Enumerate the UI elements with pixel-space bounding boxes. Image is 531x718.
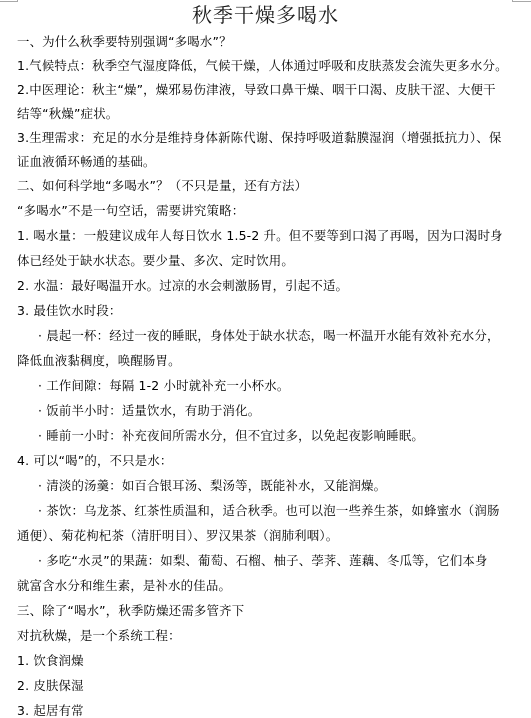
bullet-item: · 多吃“水灵”的果蔬：如梨、葡萄、石榴、柚子、荸荠、莲藕、冬瓜等，它们本身: [38, 553, 488, 569]
bullet-item: · 睡前一小时：补充夜间所需水分，但不宜过多，以免起夜影响睡眠。: [38, 428, 424, 444]
bullet-item: · 茶饮：乌龙茶、红茶性质温和，适合秋季。也可以泡一些养生茶，如蜂蜜水（润肠: [38, 503, 500, 519]
document-title: 秋季干燥多喝水: [0, 2, 531, 28]
paragraph-line: 结等“秋燥”症状。: [17, 106, 118, 122]
list-item: 2. 皮肤保湿: [17, 678, 84, 694]
list-item: 4. 可以“喝”的，不只是水：: [17, 453, 173, 469]
section-heading-3: 三、除了“喝水”，秋季防燥还需多管齐下: [17, 603, 244, 619]
paragraph-line: 通便）、菊花枸杞茶（清肝明目）、罗汉果茶（润肺利咽）。: [17, 528, 338, 544]
paragraph-line: 对抗秋燥，是一个系统工程：: [17, 628, 181, 644]
section-heading-2: 二、如何科学地“多喝水”？（不只是量，还有方法）: [17, 178, 307, 194]
list-item: 1. 饮食润燥: [17, 653, 84, 669]
bullet-item: · 晨起一杯：经过一夜的睡眠，身体处于缺水状态，喝一杯温开水能有效补充水分，: [38, 328, 500, 344]
section-heading-1: 一、为什么秋季要特别强调“多喝水”？: [17, 34, 232, 50]
bullet-item: · 清淡的汤羹：如百合银耳汤、梨汤等，既能补水，又能润燥。: [38, 478, 386, 494]
list-item: 1. 喝水量：一般建议成年人每日饮水 1.5-2 升。但不要等到口渴了再喝，因为…: [17, 228, 503, 244]
paragraph-line: 3.生理需求：充足的水分是维持身体新陈代谢、保持呼吸道黏膜湿润（增强抵抗力）、保: [17, 130, 501, 146]
list-item: 2. 水温：最好喝温开水。过凉的水会刺激肠胃，引起不适。: [17, 278, 348, 294]
paragraph-line: 1.气候特点：秋季空气湿度降低，气候干燥，人体通过呼吸和皮肤蒸发会流失更多水分。: [17, 58, 508, 74]
paragraph-line: 就富含水分和维生素，是补水的佳品。: [17, 578, 231, 594]
paragraph-line: “多喝水”不是一句空话，需要讲究策略：: [17, 203, 244, 219]
bullet-item: · 饭前半小时：适量饮水，有助于消化。: [38, 403, 260, 419]
paragraph-line: 2.中医理论：秋主“燥”，燥邪易伤津液，导致口鼻干燥、咽干口渴、皮肤干涩、大便干: [17, 82, 496, 98]
list-item: 3. 最佳饮水时段：: [17, 303, 122, 319]
bullet-item: · 工作间隙：每隔 1-2 小时就补充一小杯水。: [38, 378, 289, 394]
paragraph-line: 证血液循环畅通的基础。: [17, 154, 156, 170]
paragraph-line: 降低血液黏稠度，唤醒肠胃。: [17, 353, 181, 369]
list-item: 3. 起居有常: [17, 703, 84, 718]
paragraph-line: 体已经处于缺水状态。要少量、多次、定时饮用。: [17, 253, 294, 269]
